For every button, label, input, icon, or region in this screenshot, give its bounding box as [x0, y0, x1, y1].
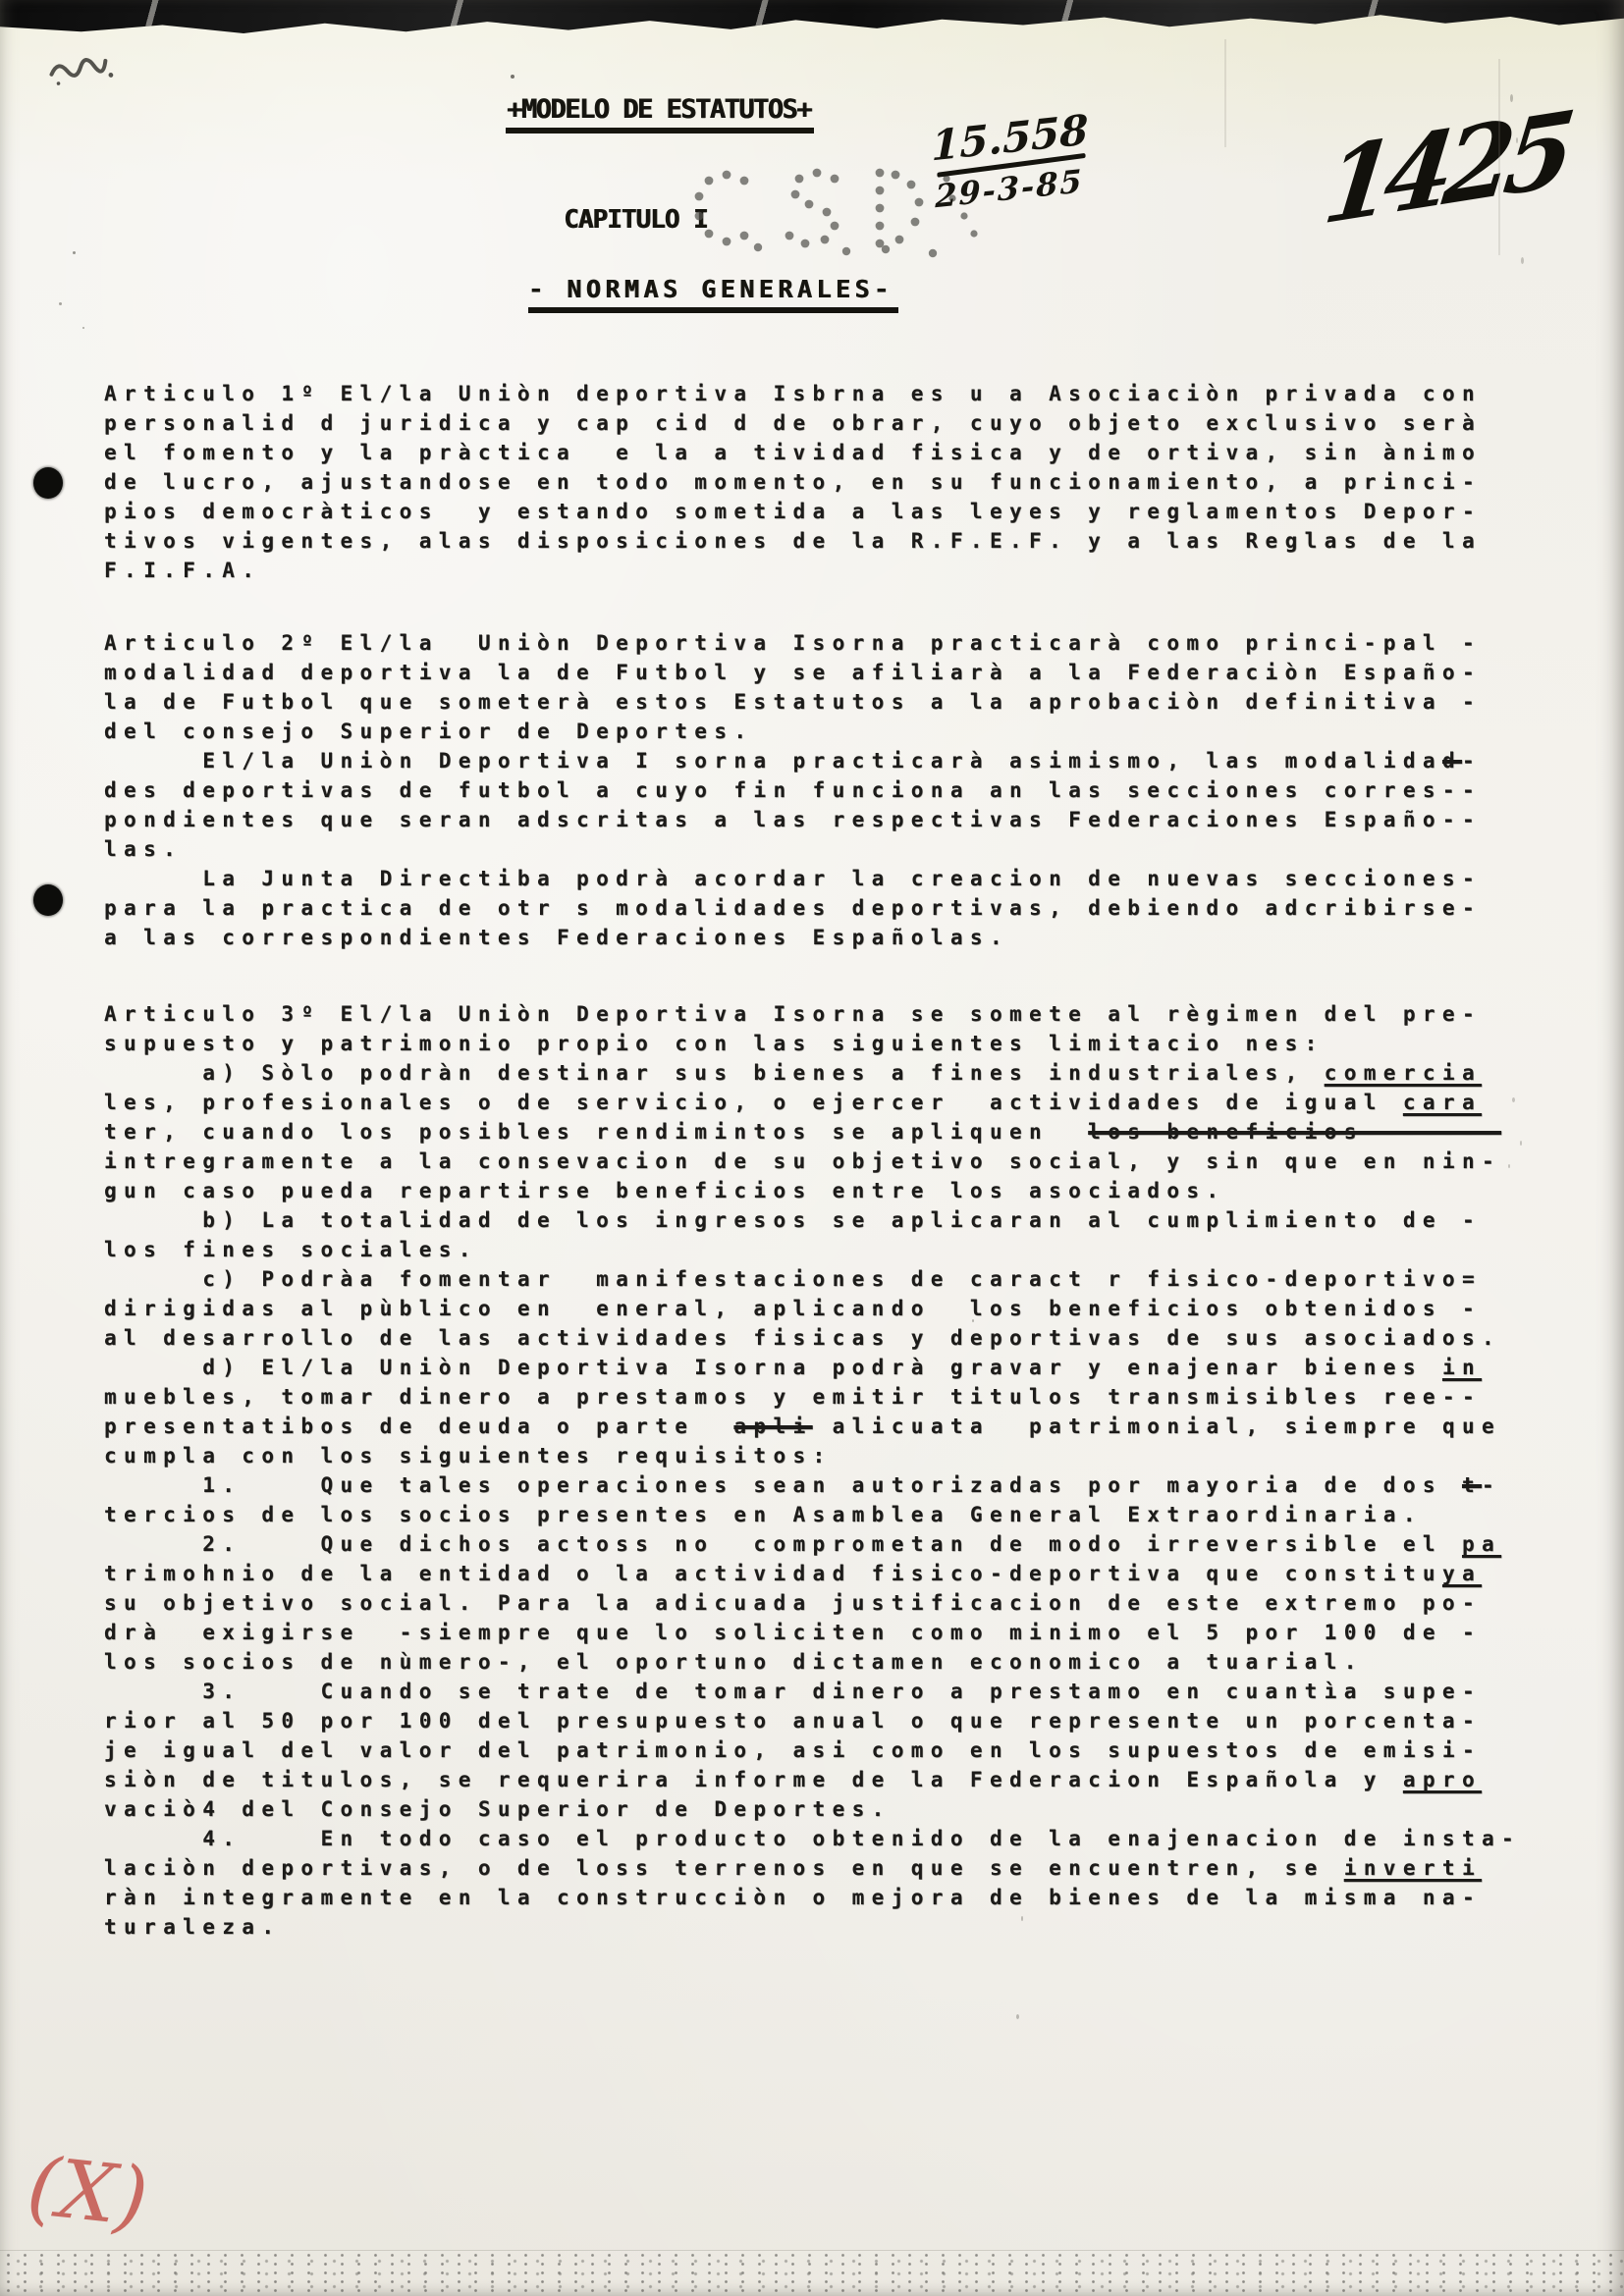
text-line: drà exigirse -siempre que lo soliciten c…: [104, 1618, 1521, 1647]
punch-hole-icon: [33, 467, 63, 499]
text-line: personalid d juridica y cap cid d de obr…: [104, 408, 1482, 438]
bottom-speckle-band: [0, 2250, 1624, 2296]
text-line: su objetivo social. Para la adicuada jus…: [104, 1588, 1521, 1618]
text-line: F.I.F.A.: [104, 556, 1482, 585]
red-margin-mark: (X): [23, 2140, 152, 2245]
text-line: 4. En todo caso el producto obtenido de …: [104, 1824, 1521, 1853]
text-line: 1. Que tales operaciones sean autorizada…: [104, 1470, 1521, 1500]
article-1-paragraph: Articulo 1º El/la Uniòn deportiva Isbrna…: [104, 379, 1482, 585]
text-line: el fomento y la pràctica e la a tividad …: [104, 438, 1482, 467]
article-3-paragraph: Articulo 3º El/la Uniòn Deportiva Isorna…: [104, 999, 1521, 1942]
text-line: siòn de titulos, se requerira informe de…: [104, 1765, 1521, 1794]
scan-speck: [1516, 137, 1518, 143]
text-line: tercios de los socios presentes en Asamb…: [104, 1500, 1521, 1529]
text-line: cumpla con los siguientes requisitos:: [104, 1441, 1521, 1470]
text-line: b) La totalidad de los ingresos se aplic…: [104, 1205, 1521, 1235]
text-line: la de Futbol que someterà estos Estatuto…: [104, 687, 1482, 717]
torn-top-edge: [0, 0, 1624, 33]
text-line: rior al 50 por 100 del presupuesto anual…: [104, 1706, 1521, 1735]
text-line: turaleza.: [104, 1912, 1521, 1942]
punch-hole-icon: [33, 884, 63, 916]
scan-speck: [1021, 1916, 1023, 1921]
text-line: tivos vigentes, alas disposiciones de la…: [104, 526, 1482, 556]
text-line: vaciò4 del Consejo Superior de Deportes.: [104, 1794, 1521, 1824]
scan-speck: [1510, 94, 1513, 102]
text-line: La Junta Directiba podrà acordar la crea…: [104, 864, 1482, 893]
paper-crease: [1498, 59, 1500, 255]
text-line: pondientes que seran adscritas a las res…: [104, 805, 1482, 834]
text-line: modalidad deportiva la de Futbol y se af…: [104, 658, 1482, 687]
text-line: para la practica de otr s modalidades de…: [104, 893, 1482, 923]
scan-speck: [1520, 1141, 1522, 1146]
chapter-heading: CAPITULO I: [564, 205, 708, 235]
text-line: los socios de nùmero-, el oportuno dicta…: [104, 1647, 1521, 1677]
text-line: Articulo 3º El/la Uniòn Deportiva Isorna…: [104, 999, 1521, 1029]
text-line: a) Sòlo podràn destinar sus bienes a fin…: [104, 1058, 1521, 1088]
text-line: pios democràticos y estando sometida a l…: [104, 497, 1482, 526]
text-line: ràn integramente en la construcciòn o me…: [104, 1883, 1521, 1912]
text-line: gun caso pueda repartirse beneficios ent…: [104, 1176, 1521, 1205]
text-line: des deportivas de futbol a cuyo fin func…: [104, 775, 1482, 805]
text-line: 3. Cuando se trate de tomar dinero a pre…: [104, 1677, 1521, 1706]
section-heading: - NORMAS GENERALES-: [528, 275, 898, 313]
handwritten-folio-number: 1425: [1318, 89, 1573, 249]
text-line: les, profesionales o de servicio, o ejer…: [104, 1088, 1521, 1117]
text-line: je igual del valor del patrimonio, asi c…: [104, 1735, 1521, 1765]
registry-stamp: 15.558 29-3-85: [931, 105, 1088, 215]
scan-speck: [73, 251, 76, 254]
text-line: trimohnio de la entidad o la actividad f…: [104, 1559, 1521, 1588]
text-line: d) El/la Uniòn Deportiva Isorna podrà gr…: [104, 1353, 1521, 1382]
text-line: del consejo Superior de Deportes.: [104, 717, 1482, 746]
text-line: El/la Uniòn Deportiva I sorna practicarà…: [104, 746, 1482, 775]
document-title: +MODELO DE ESTATUTOS+: [506, 94, 814, 133]
text-line: c) Podràa fomentar manifestaciones de ca…: [104, 1264, 1521, 1294]
article-2-paragraph: Articulo 2º El/la Uniòn Deportiva Isorna…: [104, 628, 1482, 952]
scan-speck: [1521, 257, 1524, 264]
text-line: supuesto y patrimonio propio con las sig…: [104, 1029, 1521, 1058]
text-line: Articulo 2º El/la Uniòn Deportiva Isorna…: [104, 628, 1482, 658]
scanned-document-page: +MODELO DE ESTATUTOS+ CAPITULO I - NORMA…: [0, 0, 1624, 2296]
pen-scribble-mark: [45, 47, 127, 88]
scan-speck: [59, 302, 62, 305]
text-line: intregramente a la consevacion de su obj…: [104, 1147, 1521, 1176]
text-line: al desarrollo de las actividades fisicas…: [104, 1323, 1521, 1353]
text-line: presentatibos de deuda o parte apli alic…: [104, 1412, 1521, 1441]
text-line: a las correspondientes Federaciones Espa…: [104, 923, 1482, 952]
scan-speck: [1512, 1097, 1515, 1102]
text-line: de lucro, ajustandose en todo momento, e…: [104, 467, 1482, 497]
scan-speck: [511, 75, 514, 79]
scan-speck: [972, 1319, 974, 1322]
text-line: muebles, tomar dinero a prestamos y emit…: [104, 1382, 1521, 1412]
paper-crease: [1224, 39, 1226, 147]
text-line: los fines sociales.: [104, 1235, 1521, 1264]
text-line: laciòn deportivas, o de loss terrenos en…: [104, 1853, 1521, 1883]
text-line: dirigidas al pùblico en eneral, aplicand…: [104, 1294, 1521, 1323]
text-line: Articulo 1º El/la Uniòn deportiva Isbrna…: [104, 379, 1482, 408]
scan-speck: [1508, 1164, 1510, 1168]
text-line: las.: [104, 834, 1482, 864]
text-line: 2. Que dichos actoss no comprometan de m…: [104, 1529, 1521, 1559]
text-line: ter, cuando los posibles rendimintos se …: [104, 1117, 1521, 1147]
scan-speck: [1016, 2014, 1019, 2019]
scan-speck: [82, 327, 84, 329]
